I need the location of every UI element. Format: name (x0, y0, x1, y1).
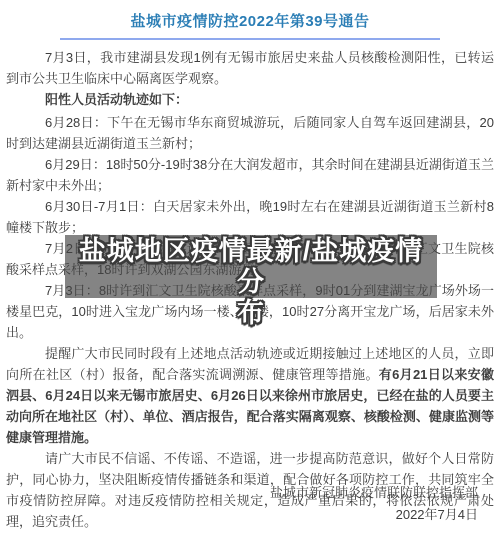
notice-paragraph: 6月30日-7月1日：白天居家未外出，晚19时左右在建湖县近湖街道玉兰新村8幢楼… (6, 196, 494, 238)
notice-page: 盐城市疫情防控2022年第39号通告 7月3日，我市建湖县发现1例有无锡市旅居史… (0, 0, 500, 534)
watermark-text: 盐城地区疫情最新/盐城疫情分 布 (65, 235, 437, 329)
notice-paragraph: 7月3日，我市建湖县发现1例有无锡市旅居史来盐人员核酸检测阳性，已转运到市公共卫… (6, 47, 494, 89)
text-segment: 6月28日：下午在无锡市华东商贸城游玩，后随同家人自驾车返回建湖县，20时到达建… (6, 115, 494, 151)
watermark-text-line2: 布 (65, 298, 437, 329)
notice-paragraph: 提醒广大市民同时段有上述地点活动轨迹或近期接触过上述地区的人员，立即向所在社区（… (6, 343, 494, 448)
footer-issuer: 盐城市新冠肺炎疫情联防联控指挥部 (270, 482, 478, 504)
text-segment: 7月3日，我市建湖县发现1例有无锡市旅居史来盐人员核酸检测阳性，已转运到市公共卫… (6, 50, 494, 86)
notice-paragraph: 6月29日：18时50分-19时38分在大润发超市，其余时间在建湖县近湖街道玉兰… (6, 154, 494, 196)
notice-paragraph: 6月28日：下午在无锡市华东商贸城游玩，后随同家人自驾车返回建湖县，20时到达建… (6, 112, 494, 154)
notice-footer: 盐城市新冠肺炎疫情联防联控指挥部 2022年7月4日 (270, 482, 478, 526)
text-segment: 阳性人员活动轨迹如下： (45, 92, 188, 107)
text-segment: 6月30日-7月1日：白天居家未外出，晚19时左右在建湖县近湖街道玉兰新村8幢楼… (6, 199, 494, 235)
notice-paragraph: 阳性人员活动轨迹如下： (6, 89, 494, 110)
footer-date: 2022年7月4日 (270, 504, 478, 526)
text-segment: 6月29日：18时50分-19时38分在大润发超市，其余时间在建湖县近湖街道玉兰… (6, 157, 494, 193)
watermark-text-line1: 盐城地区疫情最新/盐城疫情分 (65, 236, 437, 298)
watermark-overlay: 盐城地区疫情最新/盐城疫情分 布 (65, 235, 437, 298)
page-title: 盐城市疫情防控2022年第39号通告 (0, 0, 500, 31)
